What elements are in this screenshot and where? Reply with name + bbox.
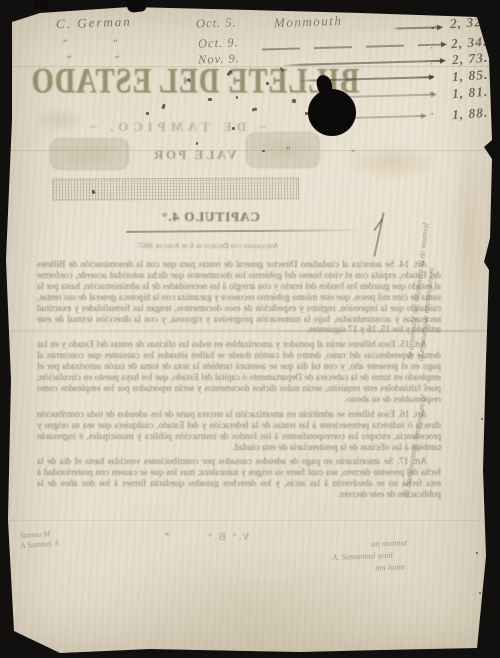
punch-hole <box>308 89 356 136</box>
paper-vignette <box>0 0 500 658</box>
scanned-document: BILLETE DEL ESTADO ~ DE TAMPICO. ~ VALE … <box>0 0 500 658</box>
document-paper: BILLETE DEL ESTADO ~ DE TAMPICO. ~ VALE … <box>0 0 500 658</box>
top-edge-mark <box>34 0 48 10</box>
